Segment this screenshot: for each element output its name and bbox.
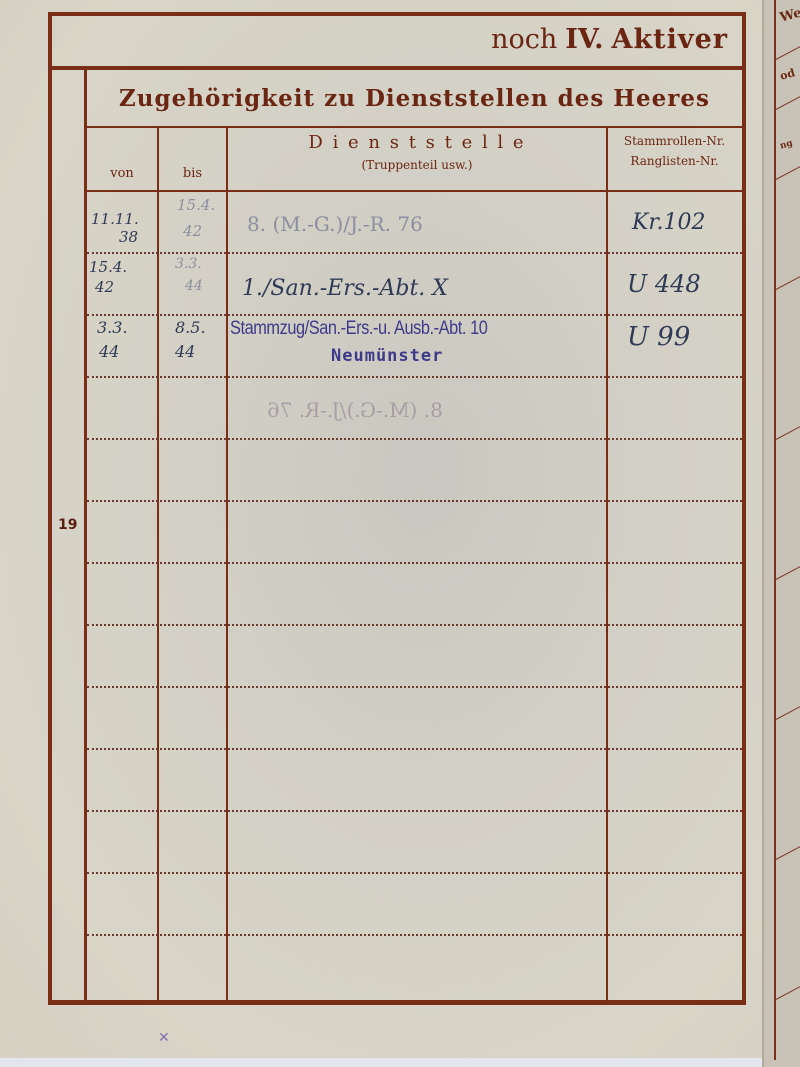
adjacent-page-edge: We od ng (762, 0, 800, 1067)
table-row-empty (87, 502, 742, 564)
entry-bis-day: 8.5. (175, 318, 206, 337)
entry-von-day: 15.4. (89, 258, 127, 276)
table-row-empty (87, 936, 742, 998)
table-row-empty (87, 626, 742, 688)
entry-dienststelle: 8. (M.-G.)/J.-R. 76 (247, 212, 423, 236)
table-row-empty (87, 440, 742, 502)
header-noch: noch (491, 24, 557, 55)
entry-bis-year: 44 (175, 342, 195, 361)
entry-dienststelle: 1./San.-Ers.-Abt. X (242, 276, 448, 301)
header-roman-numeral: IV. (565, 24, 603, 55)
entry-von-year: 38 (119, 228, 138, 246)
table-row-empty (87, 750, 742, 812)
column-header-bis: bis (159, 166, 226, 181)
entry-bis-year: 44 (185, 278, 203, 294)
page-header-title: nochIV.Aktiver (491, 24, 728, 55)
page-number: 19 (58, 517, 77, 533)
entry-dienststelle-stamp: Stammzug/San.-Ers.-u. Ausb.-Abt. 10 (230, 318, 487, 340)
section-title: Zugehörigkeit zu Dienststellen des Heere… (87, 70, 742, 128)
table-row-empty (87, 874, 742, 936)
side-margin-column: 19 (52, 70, 87, 1000)
table-row-empty (87, 688, 742, 750)
entry-bis-day: 3.3. (175, 256, 202, 272)
table-row: 15.4. 42 3.3. 44 1./San.-Ers.-Abt. X U 4… (87, 254, 742, 316)
table-row-empty (87, 564, 742, 626)
ink-smudge: ✕ (158, 1030, 170, 1046)
entry-von-day: 11.11. (91, 210, 139, 228)
column-header-ranglisten-nr: Ranglisten-Nr. (608, 154, 741, 168)
entry-dienststelle-stamp-city: Neumünster (331, 346, 443, 366)
entry-bis-day: 15.4. (177, 196, 215, 214)
table-row: 3.3. 44 8.5. 44 Stammzug/San.-Ers.-u. Au… (87, 316, 742, 378)
service-units-table: von bis D i e n s t s t e l l e (Truppen… (87, 128, 742, 1000)
entry-bis-year: 42 (183, 222, 202, 240)
entry-von-year: 42 (95, 278, 114, 296)
entry-nr: Kr.102 (632, 210, 706, 235)
header-section-name: Aktiver (612, 24, 728, 55)
column-header-dienststelle-sub: (Truppenteil usw.) (228, 158, 606, 172)
column-header-stammrollen-nr: Stammrollen-Nr. (608, 134, 741, 148)
entry-nr: U 99 (627, 322, 690, 352)
document-page: nochIV.Aktiver 19 Zugehörigkeit zu Diens… (0, 0, 768, 1058)
page-header-box: nochIV.Aktiver (48, 12, 746, 66)
table-row-empty (87, 378, 742, 440)
entry-von-day: 3.3. (97, 318, 128, 337)
table-row: 11.11. 38 15.4. 42 8. (M.-G.)/J.-R. 76 K… (87, 192, 742, 254)
form-frame: 19 Zugehörigkeit zu Dienststellen des He… (48, 66, 746, 1005)
entry-von-year: 44 (99, 342, 119, 361)
column-header-dienststelle: D i e n s t s t e l l e (228, 132, 606, 153)
adjacent-page-frame (774, 0, 800, 1060)
table-row-empty (87, 812, 742, 874)
entry-nr: U 448 (627, 270, 701, 298)
column-header-von: von (87, 166, 157, 181)
